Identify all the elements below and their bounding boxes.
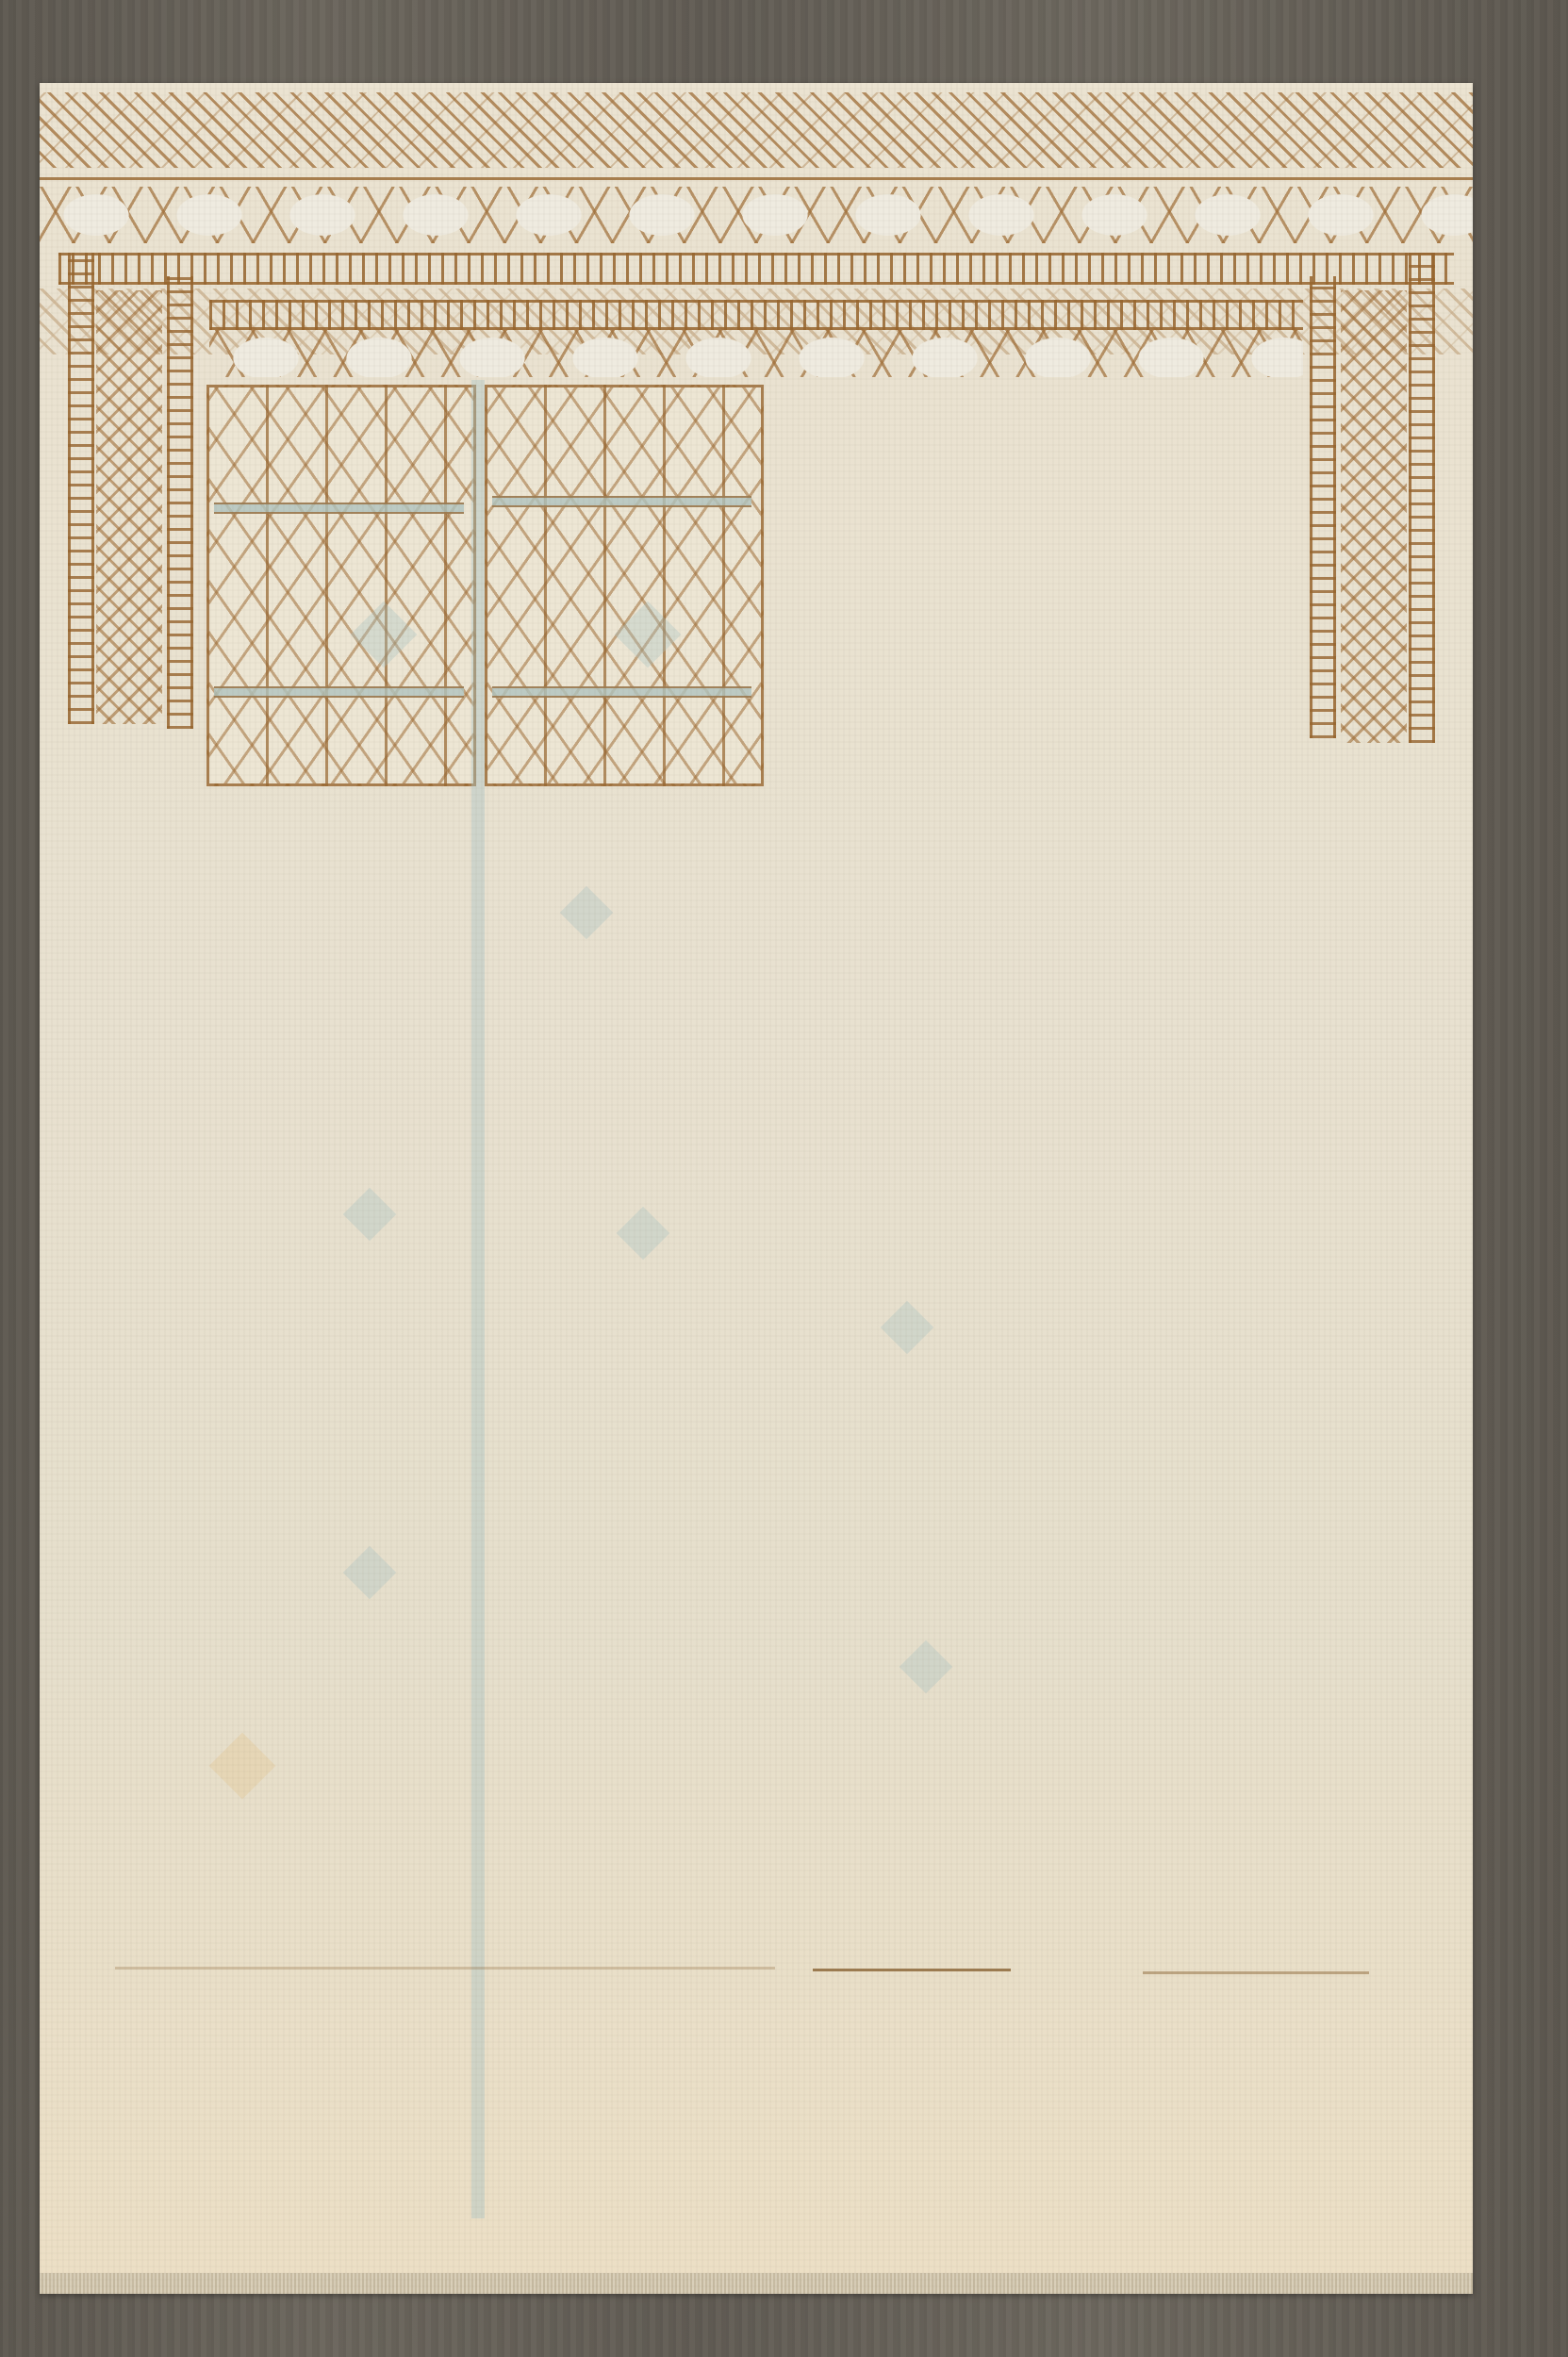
right-lower-bar — [492, 686, 751, 698]
chain-border — [58, 253, 1454, 285]
right-zigzag-border — [1341, 290, 1407, 743]
border-line — [40, 177, 1473, 180]
left-zigzag-border — [96, 290, 162, 724]
faded-motif — [617, 1207, 670, 1261]
faded-motif — [209, 1733, 276, 1800]
faded-motif — [343, 1188, 397, 1242]
faded-motif — [343, 1546, 397, 1600]
left-field-panel — [206, 385, 476, 786]
left-lower-bar — [214, 686, 464, 698]
inner-oval-border — [209, 330, 1303, 377]
oval-border — [40, 187, 1473, 243]
right-outer-chain-border — [1409, 253, 1435, 743]
dark-thread-mark — [813, 1969, 1011, 1971]
inner-chain-border — [209, 300, 1303, 330]
rug-fringe — [40, 2273, 1473, 2294]
rug — [40, 83, 1473, 2294]
left-upper-bar — [214, 503, 464, 514]
right-field-panel — [485, 385, 764, 786]
dark-thread-mark — [1143, 1971, 1369, 1974]
left-inner-chain-border — [167, 276, 193, 729]
right-upper-bar — [492, 496, 751, 507]
faded-motif — [560, 886, 614, 940]
left-outer-chain-border — [68, 253, 94, 724]
top-zigzag-border — [40, 92, 1473, 168]
faded-motif — [900, 1640, 953, 1694]
dark-thread-mark — [115, 1967, 775, 1970]
center-stripe — [471, 380, 485, 2218]
photo: { "scene": { "subject": "antique rug", "… — [0, 0, 1568, 2357]
right-inner-chain-border — [1310, 276, 1336, 738]
faded-motif — [881, 1301, 934, 1355]
